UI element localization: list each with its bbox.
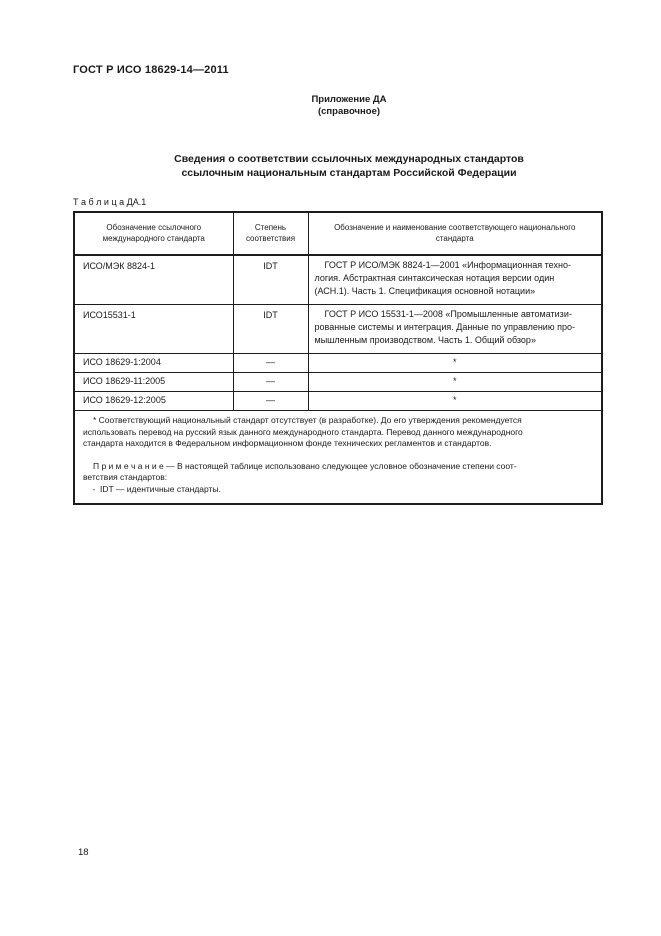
ref-standard-cell: ИСО/МЭК 8824-1	[74, 255, 233, 305]
degree-cell: IDT	[233, 255, 308, 305]
document-code: ГОСТ Р ИСО 18629-14—2011	[73, 64, 229, 76]
ref-standard-cell: ИСО15531-1	[74, 305, 233, 354]
degree-cell: —	[233, 373, 308, 392]
section-title-line1: Сведения о соответствии ссылочных междун…	[73, 153, 625, 167]
appendix-heading: Приложение ДА (справочное)	[73, 94, 625, 118]
section-title: Сведения о соответствии ссылочных междун…	[73, 153, 625, 180]
national-standard-cell: *	[308, 392, 602, 411]
note-text: П р и м е ч а н и е — В настоящей таблиц…	[83, 461, 593, 496]
degree-cell: —	[233, 354, 308, 373]
national-standard-cell: ГОСТ Р ИСО/МЭК 8824-1—2001 «Информационн…	[308, 255, 602, 305]
column-header-degree: Степень соответствия	[233, 212, 308, 255]
appendix-label: Приложение ДА	[73, 94, 625, 106]
national-standard-cell: *	[308, 354, 602, 373]
degree-cell: —	[233, 392, 308, 411]
national-standard-cell: *	[308, 373, 602, 392]
document-page: ГОСТ Р ИСО 18629-14—2011 Приложение ДА (…	[0, 0, 661, 936]
appendix-sublabel: (справочное)	[73, 106, 625, 118]
national-standard-cell: ГОСТ Р ИСО 15531-1—2008 «Промышленные ав…	[308, 305, 602, 354]
column-header-ref-standard: Обозначение ссылочного международного ст…	[74, 212, 233, 255]
ref-standard-cell: ИСО 18629-11:2005	[74, 373, 233, 392]
table-row: ИСО15531-1 IDT ГОСТ Р ИСО 15531-1—2008 «…	[74, 305, 602, 354]
page-number: 18	[78, 847, 89, 858]
table-caption: Т а б л и ц а ДА.1	[73, 197, 146, 207]
ref-standard-cell: ИСО 18629-12:2005	[74, 392, 233, 411]
table-footnote-row: * Соответствующий национальный стандарт …	[74, 411, 602, 505]
table-row: ИСО 18629-11:2005 — *	[74, 373, 602, 392]
section-title-line2: ссылочным национальным стандартам Россий…	[73, 167, 625, 181]
footnote-text: * Соответствующий национальный стандарт …	[83, 415, 593, 450]
column-header-national-standard: Обозначение и наименование соответствующ…	[308, 212, 602, 255]
ref-standard-cell: ИСО 18629-1:2004	[74, 354, 233, 373]
footnote-cell: * Соответствующий национальный стандарт …	[74, 411, 602, 505]
table-body: ИСО/МЭК 8824-1 IDT ГОСТ Р ИСО/МЭК 8824-1…	[74, 255, 602, 504]
correspondence-table: Обозначение ссылочного международного ст…	[73, 211, 603, 505]
table-row: ИСО 18629-1:2004 — *	[74, 354, 602, 373]
table-header: Обозначение ссылочного международного ст…	[74, 212, 602, 255]
table-row: ИСО 18629-12:2005 — *	[74, 392, 602, 411]
degree-cell: IDT	[233, 305, 308, 354]
table-header-row: Обозначение ссылочного международного ст…	[74, 212, 602, 255]
table-row: ИСО/МЭК 8824-1 IDT ГОСТ Р ИСО/МЭК 8824-1…	[74, 255, 602, 305]
